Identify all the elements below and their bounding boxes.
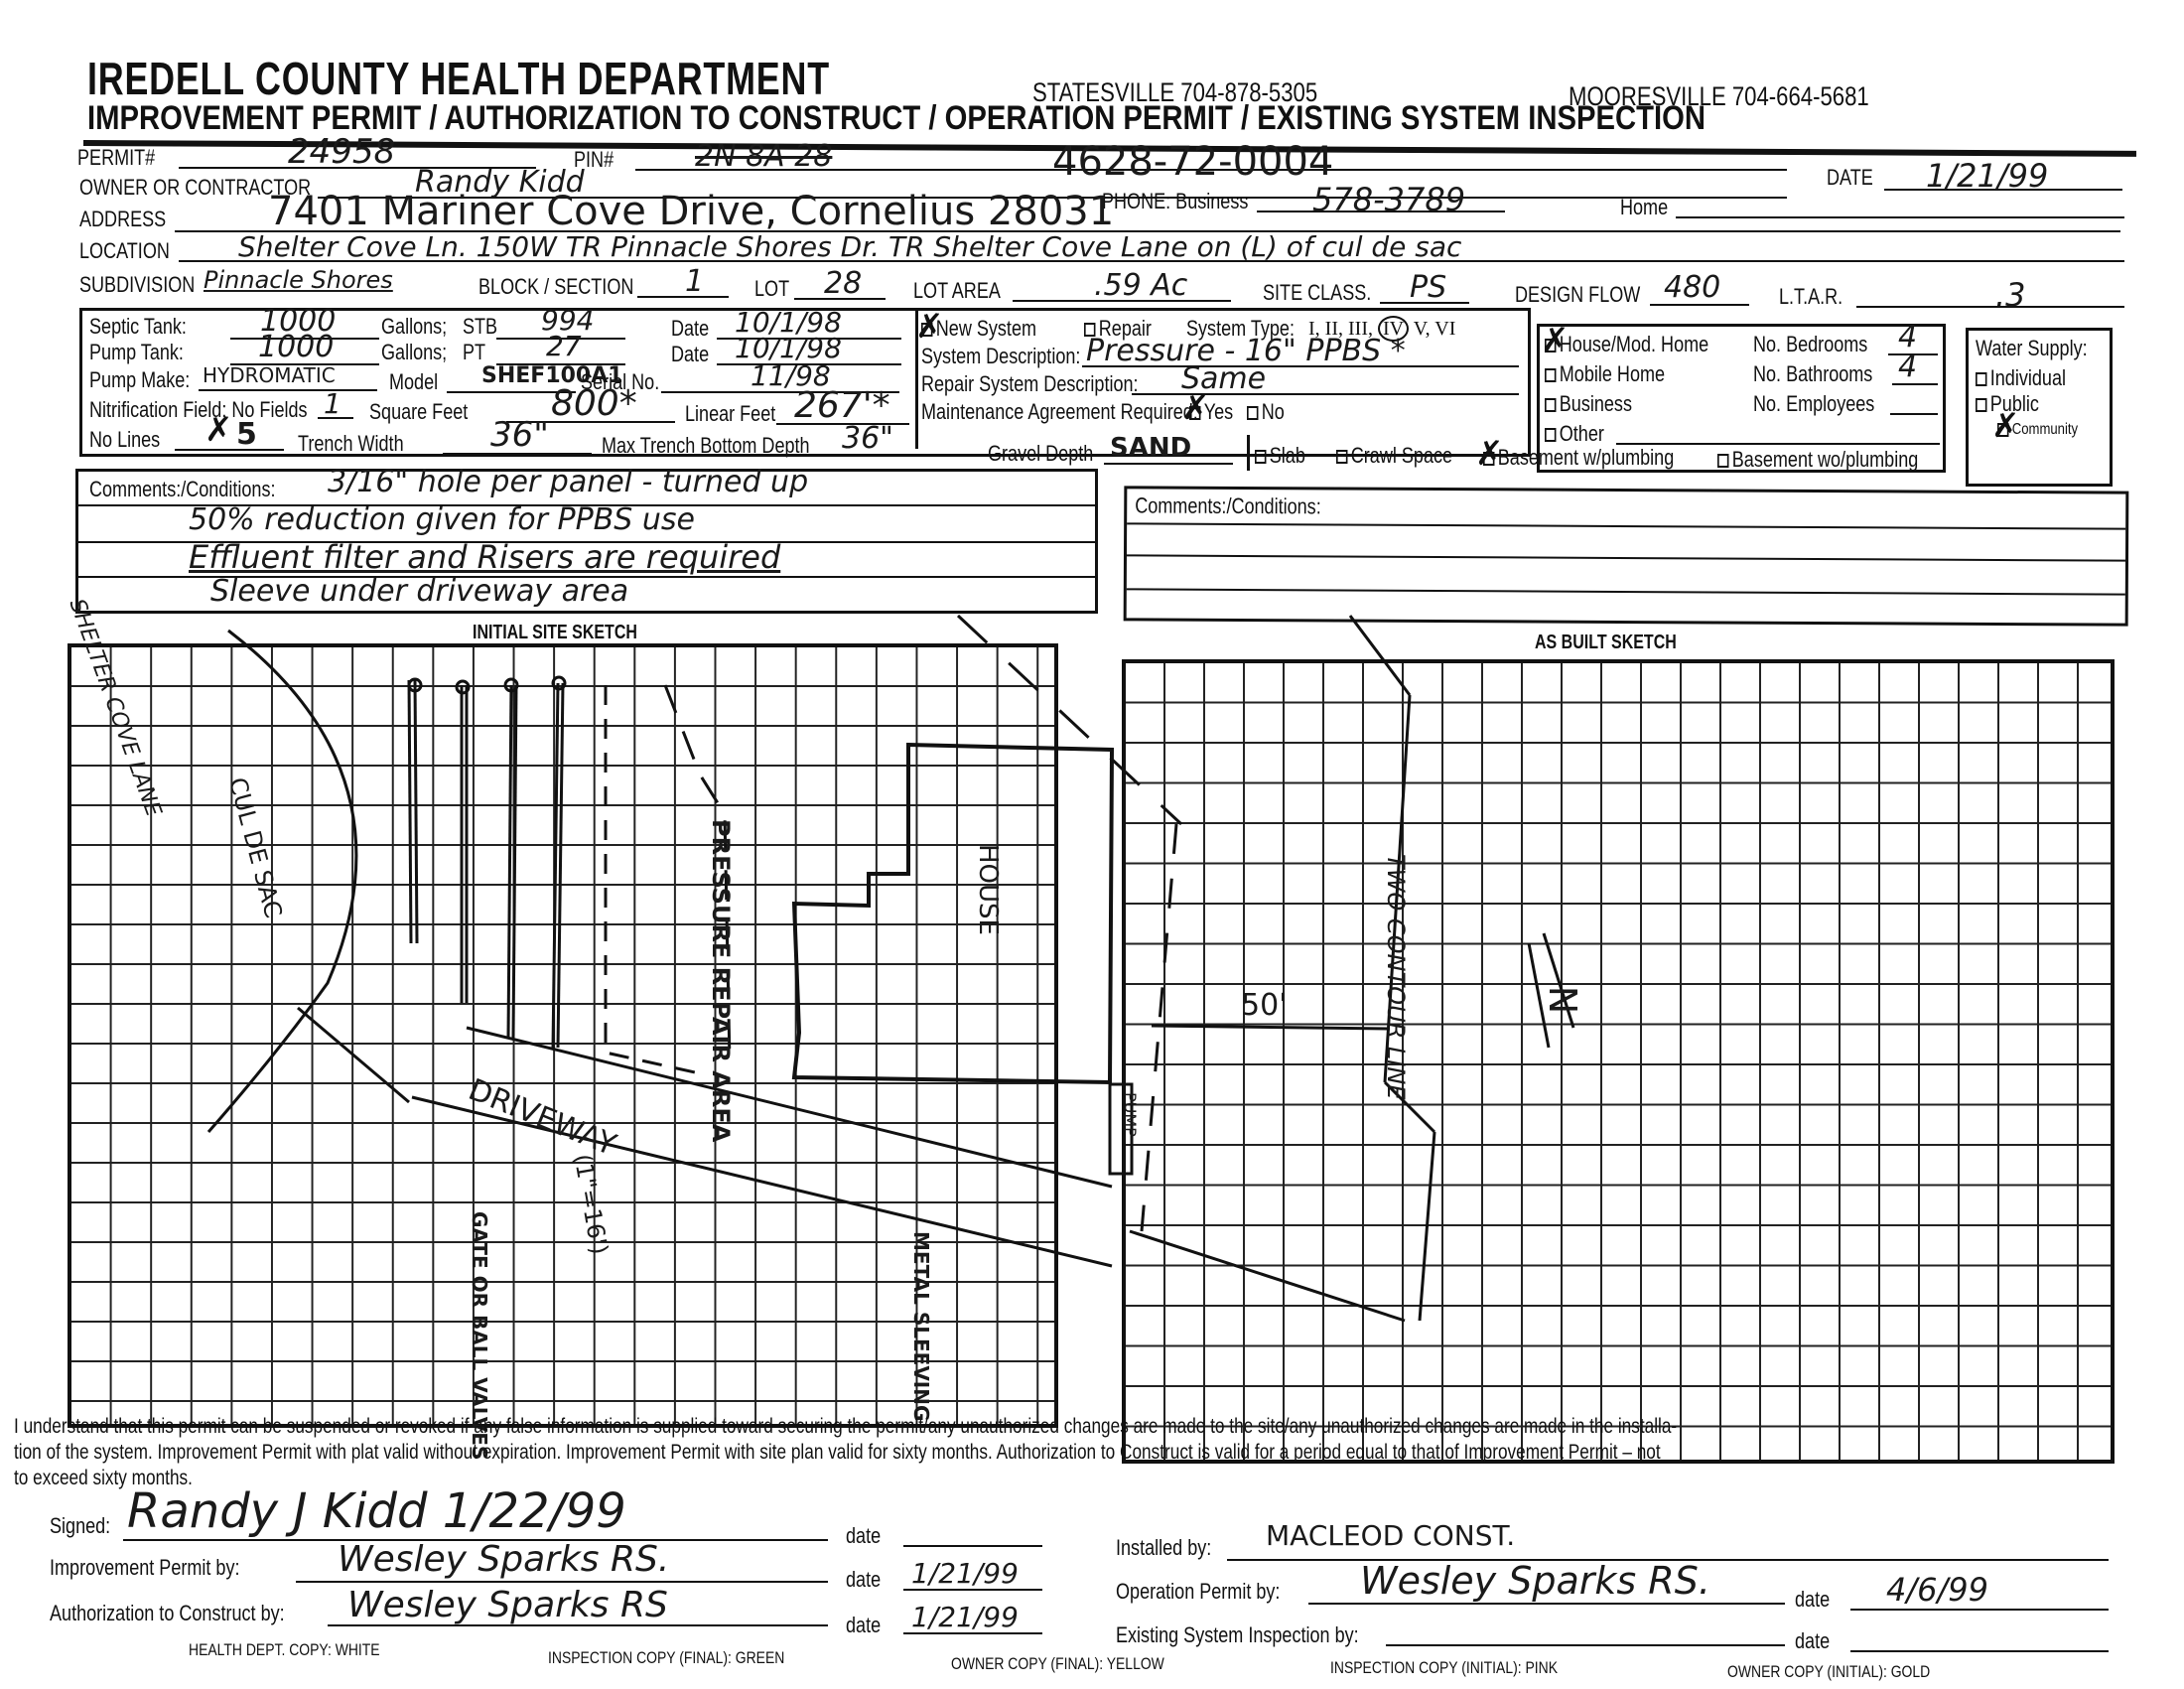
square-feet-value[interactable]: 800*	[551, 383, 637, 424]
system-description-label: System Description:	[921, 344, 1080, 369]
address-value[interactable]: 7401 Mariner Cove Drive, Cornelius 28031	[268, 189, 1114, 234]
new-system-label: New System	[936, 316, 1036, 341]
copy-inspection-initial: INSPECTION COPY (INITIAL): PINK	[1330, 1658, 1558, 1678]
pump-label: PUMP	[1121, 1092, 1140, 1137]
copy-inspection-final: INSPECTION COPY (FINAL): GREEN	[548, 1648, 784, 1668]
gallons-label: Gallons;	[381, 314, 447, 340]
max-depth-label: Max Trench Bottom Depth	[602, 433, 810, 459]
asbuilt-sketch-grid[interactable]	[1122, 659, 2115, 1464]
phone-business[interactable]: 578-3789	[1312, 181, 1465, 218]
pressure-repair-label: PRESSURE REPAIR AREA	[707, 819, 735, 1142]
operation-date-line	[1850, 1609, 2109, 1611]
ltar-line	[1856, 306, 2124, 308]
improvement-date-label: date	[846, 1567, 881, 1593]
phone-home-label: Home	[1620, 195, 1668, 220]
operation-date[interactable]: 4/6/99	[1886, 1571, 1988, 1609]
lot-area-value[interactable]: .59 Ac	[1094, 268, 1187, 303]
lot-value[interactable]: 28	[824, 266, 862, 301]
existing-line[interactable]	[1386, 1644, 1785, 1646]
pump-tank-label: Pump Tank:	[89, 340, 184, 365]
distance-label: 50'	[1241, 988, 1287, 1023]
system-type-vi[interactable]: VI	[1434, 318, 1455, 340]
other-line[interactable]	[1616, 443, 1940, 445]
water-individual-label: Individual	[1990, 365, 2066, 390]
other-checkbox[interactable]	[1545, 428, 1556, 442]
water-public-checkbox[interactable]	[1976, 398, 1986, 412]
permit-date[interactable]: 1/21/99	[1926, 157, 2048, 195]
water-community-label: Community	[2012, 421, 2078, 438]
location-label: LOCATION	[79, 238, 170, 264]
crawl-checkbox[interactable]	[1336, 450, 1347, 464]
copy-owner-final: OWNER COPY (FINAL): YELLOW	[951, 1654, 1164, 1674]
permit-label: PERMIT#	[77, 145, 155, 171]
site-class-label: SITE CLASS.	[1263, 280, 1371, 306]
phone-home-line[interactable]	[1676, 216, 2124, 218]
trench-width-label: Trench Width	[298, 431, 404, 457]
linear-feet-value[interactable]: 267'*	[794, 385, 890, 426]
improvement-date[interactable]: 1/21/99	[911, 1557, 1019, 1590]
slab-label: Slab	[1270, 443, 1305, 468]
no-fields-value[interactable]: 1	[324, 387, 341, 420]
phone-business-label: PHONE: Business	[1102, 189, 1248, 214]
initial-sketch-title: INITIAL SITE SKETCH	[473, 622, 637, 644]
pump-make-line	[199, 389, 377, 391]
water-individual-checkbox[interactable]	[1976, 372, 1986, 386]
crawl-label: Crawl Space	[1351, 443, 1452, 468]
date-label: DATE	[1827, 165, 1873, 191]
linear-feet-label: Linear Feet	[685, 401, 775, 427]
block-line	[637, 296, 729, 298]
other-label: Other	[1560, 421, 1604, 446]
comment-line-2[interactable]: 50% reduction given for PPBS use	[189, 502, 695, 537]
lot-area-label: LOT AREA	[913, 278, 1001, 304]
comment-line-1[interactable]: 3/16" hole per panel - turned up	[328, 465, 808, 499]
employees-label: No. Employees	[1753, 391, 1874, 417]
pump-tank-gallons[interactable]: 1000	[258, 330, 334, 364]
new-system-check-mark: ✗	[915, 310, 944, 344]
comments-right-rule-2	[1127, 554, 2125, 561]
block-value[interactable]: 1	[685, 264, 704, 299]
copy-health-dept: HEALTH DEPT. COPY: WHITE	[189, 1640, 380, 1660]
legal-line-1: I understand that this permit can be sus…	[14, 1414, 1677, 1440]
crawl-option[interactable]: Crawl Space	[1336, 443, 1452, 469]
site-class-value[interactable]: PS	[1410, 270, 1446, 305]
improvement-label: Improvement Permit by:	[50, 1555, 239, 1581]
authorization-date[interactable]: 1/21/99	[911, 1601, 1019, 1633]
permit-number[interactable]: 24958	[288, 132, 395, 172]
house-option[interactable]: House/Mod. Home	[1545, 332, 1708, 357]
metal-sleeving-label: METAL SLEEVING	[909, 1231, 933, 1421]
design-flow-value[interactable]: 480	[1664, 270, 1720, 305]
existing-date-line[interactable]	[1850, 1650, 2109, 1652]
operation-line	[1308, 1603, 1785, 1605]
system-type-v[interactable]: V,	[1414, 318, 1431, 340]
contour-label: TWO CONTOUR LINE	[1382, 854, 1410, 1100]
gravel-depth-value[interactable]: SAND	[1110, 433, 1191, 463]
gravel-depth-line	[1104, 463, 1233, 465]
slab-checkbox[interactable]	[1255, 450, 1266, 464]
square-feet-label: Square Feet	[369, 399, 468, 425]
improvement-line	[296, 1581, 828, 1583]
maint-no-option[interactable]: No	[1247, 399, 1285, 425]
comments-left-label: Comments:/Conditions:	[89, 477, 275, 502]
signed-date-label: date	[846, 1523, 881, 1549]
model-label: Model	[389, 369, 438, 395]
comments-right-rule-3	[1127, 588, 2125, 595]
bathrooms-label: No. Bathrooms	[1753, 361, 1872, 387]
address-label: ADDRESS	[79, 207, 166, 232]
ltar-value[interactable]: .3	[1995, 276, 2026, 314]
applicant-signature[interactable]: Randy J Kidd 1/22/99	[127, 1483, 626, 1539]
maint-no-label: No	[1262, 399, 1285, 424]
stb-label: STB	[463, 314, 497, 340]
authorization-signature[interactable]: Wesley Sparks RS	[347, 1585, 668, 1625]
basement-plumb-check-mark: ✗	[1475, 437, 1504, 471]
no-lines-strike-mark: ✗	[205, 413, 233, 447]
no-lines-value[interactable]: 5	[236, 417, 257, 452]
pump-date-label: Date	[671, 342, 709, 367]
asbuilt-sketch-title: AS BUILT SKETCH	[1535, 632, 1677, 654]
bathrooms-value[interactable]: 4	[1898, 350, 1917, 384]
installed-label: Installed by:	[1116, 1535, 1211, 1561]
employees-line[interactable]	[1890, 413, 1938, 415]
gravel-depth-label: Gravel Depth	[988, 441, 1093, 467]
pt-value[interactable]: 27	[546, 330, 582, 362]
signed-label: Signed:	[50, 1513, 110, 1539]
mobile-label: Mobile Home	[1560, 361, 1665, 386]
operation-date-label: date	[1795, 1587, 1830, 1613]
lot-label: LOT	[754, 276, 789, 302]
water-community-check-mark: ✗	[1991, 409, 2020, 443]
water-supply-title: Water Supply:	[1976, 336, 2088, 361]
other-option[interactable]: Other	[1545, 421, 1604, 447]
water-individual-option[interactable]: Individual	[1976, 365, 2066, 391]
legal-line-2: tion of the system. Improvement Permit w…	[14, 1440, 1661, 1466]
authorization-date-label: date	[846, 1613, 881, 1638]
signed-date-line[interactable]	[903, 1545, 1042, 1547]
subdivision-label: SUBDIVISION	[79, 272, 195, 298]
comment-line-3[interactable]: Effluent filter and Risers are required	[189, 538, 780, 576]
operation-signature[interactable]: Wesley Sparks RS.	[1360, 1559, 1710, 1603]
repair-description-label: Repair System Description:	[921, 371, 1139, 397]
max-depth-value[interactable]: 36"	[842, 421, 893, 456]
existing-date-label: date	[1795, 1628, 1830, 1654]
pin-struck-value: 2N 8A 28	[695, 139, 832, 174]
no-lines-label: No Lines	[89, 427, 160, 453]
org-title: IREDELL COUNTY HEALTH DEPARTMENT	[87, 52, 830, 105]
slab-option[interactable]: Slab	[1255, 443, 1305, 469]
subdivision-value[interactable]: Pinnacle Shores	[204, 266, 393, 294]
north-arrow-label: N	[1541, 986, 1584, 1014]
business-option[interactable]: Business	[1545, 391, 1632, 417]
comments-right-rule-1	[1127, 522, 2125, 529]
operation-label: Operation Permit by:	[1116, 1579, 1280, 1605]
comments-right-label: Comments:/Conditions:	[1135, 493, 1321, 519]
gallons-label-2: Gallons;	[381, 340, 447, 365]
foundation-divider	[1247, 435, 1250, 471]
installer-value[interactable]: MACLEOD CONST.	[1266, 1519, 1515, 1552]
septic-tank-label: Septic Tank:	[89, 314, 187, 340]
pump-make-label: Pump Make:	[89, 367, 190, 393]
improvement-signature[interactable]: Wesley Sparks RS.	[338, 1539, 669, 1580]
pt-label: PT	[463, 340, 485, 365]
comment-line-4[interactable]: Sleeve under driveway area	[210, 574, 628, 609]
nitrification-label: Nitrification Field: No Fields	[89, 397, 308, 423]
ltar-label: L.T.A.R.	[1779, 284, 1843, 310]
location-value[interactable]: Shelter Cove Ln. 150W TR Pinnacle Shores…	[238, 230, 1461, 263]
bedrooms-label: No. Bedrooms	[1753, 332, 1867, 357]
house-check-mark: ✗	[1541, 324, 1570, 357]
copy-owner-initial: OWNER COPY (INITIAL): GOLD	[1727, 1662, 1930, 1682]
design-flow-label: DESIGN FLOW	[1515, 282, 1640, 308]
maint-yes-check-mark: ✗	[1181, 391, 1210, 425]
septic-date-label: Date	[671, 316, 709, 342]
business-label: Business	[1560, 391, 1632, 416]
mobile-option[interactable]: Mobile Home	[1545, 361, 1665, 387]
existing-label: Existing System Inspection by:	[1116, 1622, 1359, 1648]
pin-number[interactable]: 4628-72-0004	[1052, 139, 1333, 185]
pump-make-value[interactable]: HYDROMATIC	[203, 363, 336, 387]
business-checkbox[interactable]	[1545, 398, 1556, 412]
house-label-sketch: HOUSE	[973, 844, 1003, 935]
authorization-label: Authorization to Construct by:	[50, 1601, 285, 1626]
mobile-checkbox[interactable]	[1545, 368, 1556, 382]
maintenance-label: Maintenance Agreement Required:	[921, 399, 1198, 425]
house-label: House/Mod. Home	[1560, 332, 1708, 356]
block-label: BLOCK / SECTION	[478, 274, 633, 300]
maint-no-checkbox[interactable]	[1247, 406, 1258, 420]
comments-right-box: Comments:/Conditions:	[1124, 486, 2129, 626]
trench-width-value[interactable]: 36"	[490, 415, 549, 455]
